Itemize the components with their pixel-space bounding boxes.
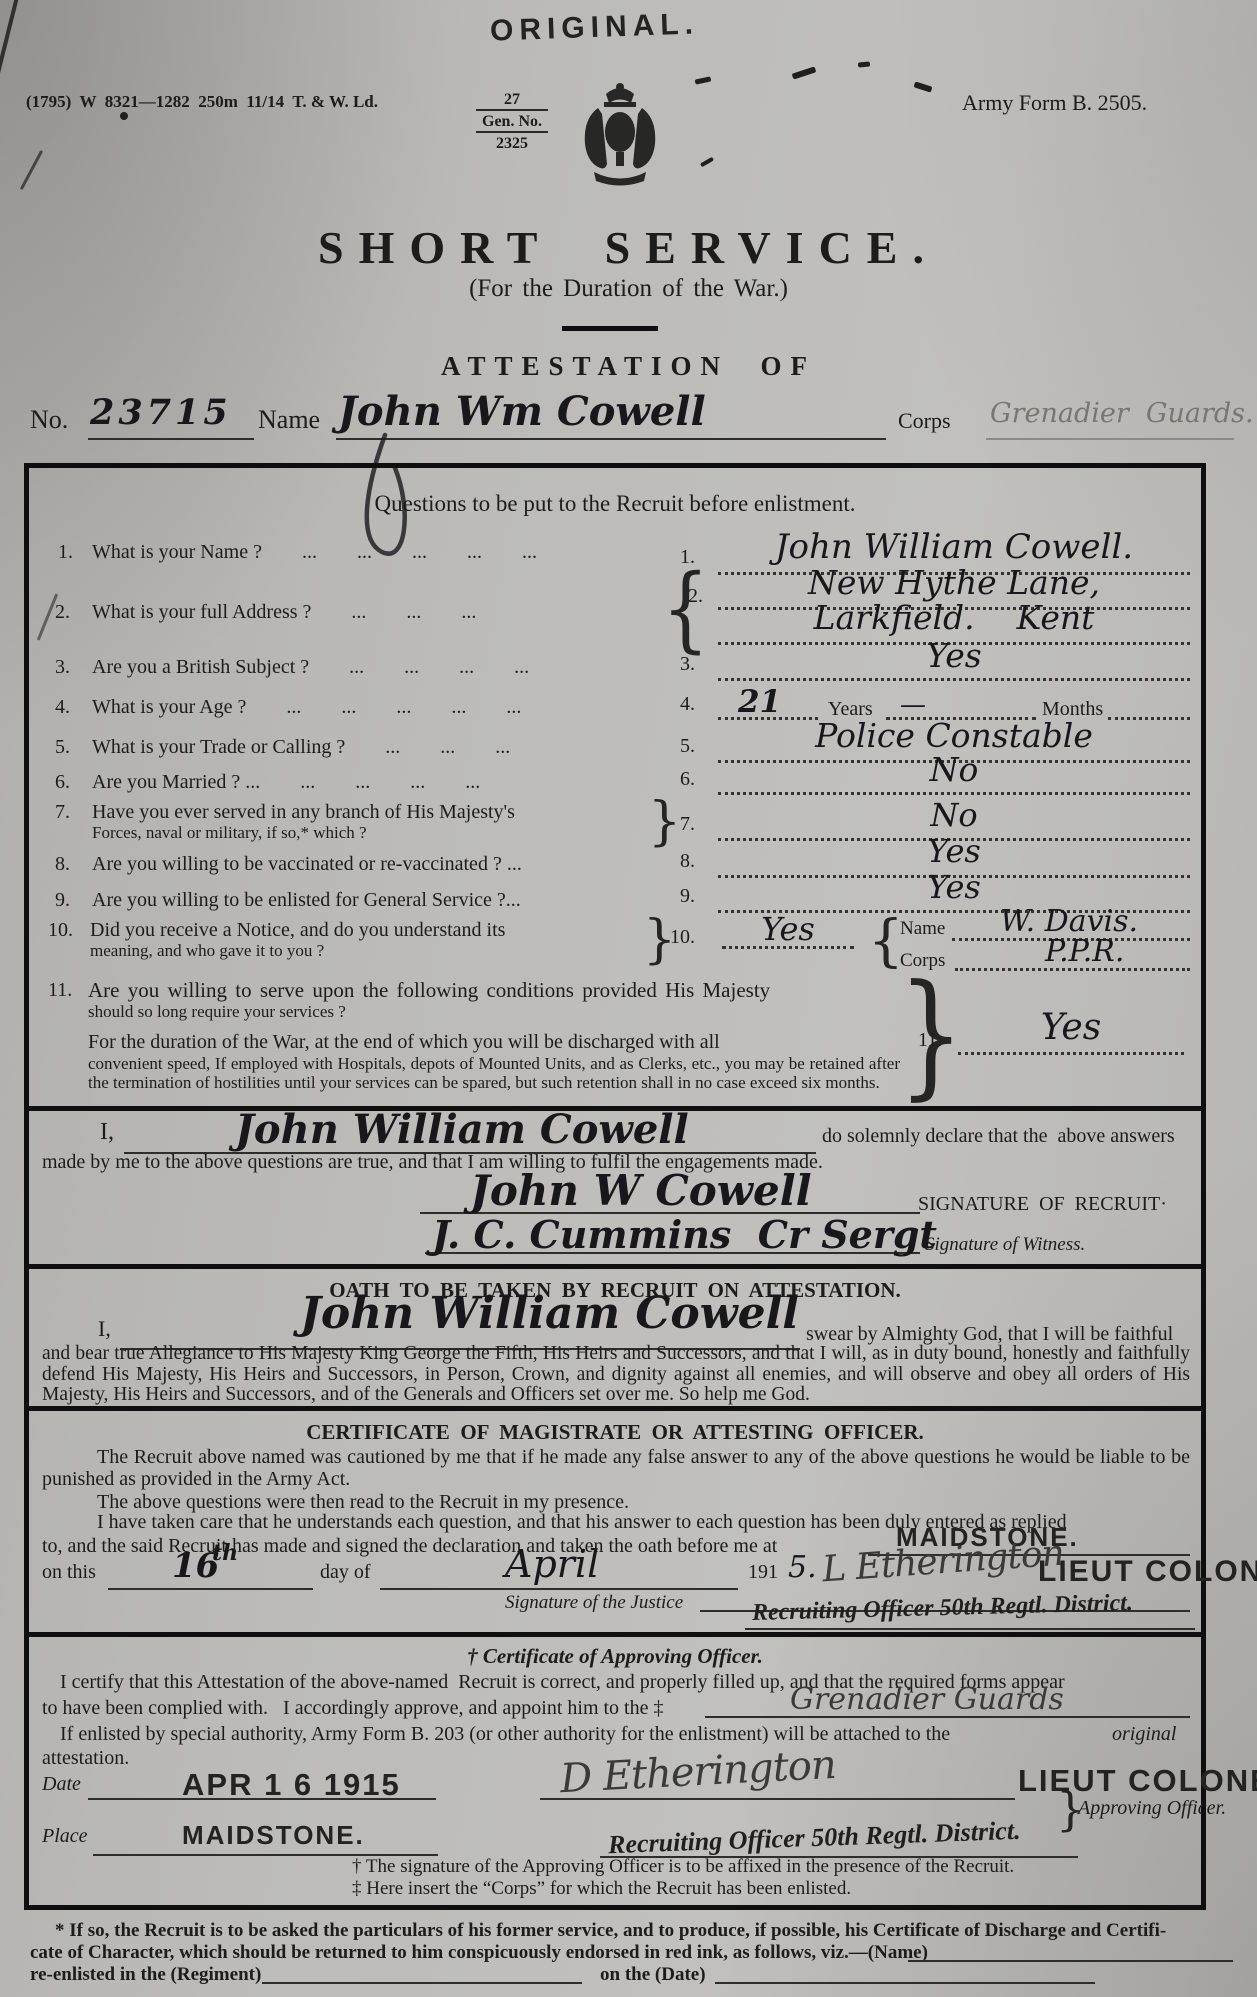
condition-text-small: convenient speed, If employed with Hospi… [88,1054,900,1092]
certificate-para1: The Recruit above named was cautioned by… [42,1446,1190,1490]
question-number: 10. [48,918,73,942]
ruled-line [745,1628,1195,1630]
place-label: Place [42,1824,88,1848]
answer-number: 6. [680,767,695,791]
section-divider [24,1264,1206,1269]
answer-number: 2. [688,584,703,608]
lieut-colonel-stamp: LIEUT COLONEL. [1038,1554,1257,1590]
answer-handwritten: No [718,750,1190,790]
appointed-corps-handwritten: Grenadier Guards [790,1682,1064,1718]
ink-speck [695,76,712,84]
declaration-lead: do solemnly declare that the above answe… [822,1124,1175,1148]
date-label: Date [42,1772,81,1796]
oath-name-handwritten: John William Cowell [300,1288,799,1341]
no-label: No. [30,404,68,435]
question-number: 7. [55,800,70,824]
recruit-signature-label: SIGNATURE OF RECRUIT· [918,1192,1167,1216]
question-text: Are you a British Subject ? ... ... ... … [92,655,529,679]
answer-number: 7. [680,812,695,836]
answer-dotted-line [958,1052,1184,1055]
answer-dotted-line [718,678,1190,681]
pen-stroke [0,0,20,89]
ink-speck [914,81,933,92]
answer-number: 5. [680,734,695,758]
ink-speck [792,66,817,79]
recruit-signature: John W Cowell [470,1166,812,1216]
ink-speck [700,157,714,167]
ink-speck [120,112,128,120]
ruled-line [908,1960,1233,1962]
footnote-asterisk-line1: * If so, the Recruit is to be asked the … [55,1920,1166,1943]
brace: { [662,563,709,656]
corps-value-handwritten: Grenadier Guards. [990,398,1254,430]
attestation-form-page: ORIGINAL. (1795) W 8321—1282 250m 11/14 … [0,0,1257,1997]
answer-number: 10. [670,925,695,949]
question-text: What is your Age ? ... ... ... ... ... [92,695,521,719]
certificate-para3-line2: to, and the said Recruit has made and si… [42,1534,777,1558]
notice-name-label: Name [900,918,945,941]
oath-i-label: I, [98,1316,111,1342]
question-text: Are you willing to be vaccinated or re-v… [92,852,522,876]
answer-handwritten: Yes [718,832,1190,870]
question-number: 2. [55,600,70,624]
answer-number: 8. [680,849,695,873]
on-this-label: on this [42,1560,96,1584]
gen-no-top: 27 [476,90,548,111]
answer-handwritten: New Hythe Lane, [718,563,1190,603]
approving-para2-italic: original [1112,1722,1176,1746]
pen-stroke [20,150,43,190]
question-text: Are you willing to serve upon the follow… [88,978,770,1003]
page-title: SHORT SERVICE. [0,220,1257,275]
questions-heading: Questions to be put to the Recruit befor… [24,490,1206,518]
original-stamp: ORIGINAL. [489,6,699,49]
question-text: What is your Trade or Calling ? ... ... … [92,735,510,759]
question-number: 5. [55,735,70,759]
footnote-double-dagger: ‡ Here insert the “Corps” for which the … [352,1878,851,1901]
condition-text: For the duration of the War, at the end … [88,1030,720,1054]
answer-number: 11. [918,1028,942,1052]
year-prefix: 191 [748,1560,778,1584]
oath-body: and bear true Allegiance to His Majesty … [42,1344,1190,1406]
answer-handwritten: John William Cowell. [718,527,1190,568]
service-number-handwritten: 23715 [90,392,232,434]
form-reference: Army Form B. 2505. [962,90,1147,116]
ruled-line [715,1982,1095,1984]
name-label: Name [258,404,320,435]
brace: } [648,796,681,848]
footnote-dagger: † The signature of the Approving Officer… [352,1856,1014,1879]
answer-handwritten: Yes [722,910,854,948]
question-text: What is your full Address ? ... ... ... [92,600,476,624]
answer-handwritten: Yes [718,868,1190,906]
month-handwritten: April [505,1542,599,1588]
section-divider [24,1406,1206,1411]
answer-handwritten: No [718,796,1190,834]
notice-corps-handwritten: P.P.R. [1045,934,1124,970]
ruled-line [380,1588,738,1590]
page-subtitle: (For the Duration of the War.) [0,274,1257,304]
question-number: 4. [55,695,70,719]
question-text: Have you ever served in any branch of Hi… [92,800,515,824]
attestation-heading: ATTESTATION OF [0,350,1257,382]
answer-number: 3. [680,652,695,676]
certificate-heading: CERTIFICATE OF MAGISTRATE OR ATTESTING O… [24,1420,1206,1445]
recruit-name-handwritten: John Wm Cowell [338,388,706,436]
question-text-cont: meaning, and who gave it to you ? [90,941,324,961]
question-text: Are you Married ? ... ... ... ... ... [92,770,480,794]
gen-no-value: 2325 [476,134,548,153]
witness-signature-label: Signature of Witness. [925,1234,1085,1257]
ink-speck [858,61,870,67]
question-number: 6. [55,770,70,794]
ruled-line [88,438,254,440]
question-text: Did you receive a Notice, and do you und… [90,918,505,942]
printer-code: (1795) W 8321—1282 250m 11/14 T. & W. Ld… [26,92,378,112]
approving-para2-end: attestation. [42,1746,129,1770]
answer-handwritten: Yes [958,1006,1184,1049]
footnote-asterisk-line3a: re-enlisted in the (Regiment) [30,1964,261,1987]
year-handwritten: 5. [788,1550,817,1586]
question-text-cont: Forces, naval or military, if so,* which… [92,823,367,843]
question-number: 11. [48,978,72,1002]
answer-handwritten: Yes [718,636,1190,676]
corps-label: Corps [898,408,951,434]
royal-crest-icon [570,80,670,190]
question-number: 1. [58,540,73,564]
question-number: 8. [55,852,70,876]
day-of-label: day of [320,1560,371,1584]
question-number: 9. [55,888,70,912]
answer-number: 9. [680,884,695,908]
declaration-i-label: I, [100,1118,114,1147]
question-text-cont: should so long require your services ? [88,1002,346,1022]
ruled-line [108,1588,313,1590]
date-stamp: APR 1 6 1915 [182,1766,401,1803]
question-number: 3. [55,655,70,679]
approving-para1-line2: to have been complied with. I accordingl… [42,1696,664,1720]
declaration-name-handwritten: John William Cowell [235,1106,689,1154]
question-text: Are you willing to be enlisted for Gener… [92,888,521,912]
approving-heading: † Certificate of Approving Officer. [24,1644,1206,1669]
day-suffix-handwritten: th [212,1540,238,1566]
justice-signature-label: Signature of the Justice [505,1592,683,1615]
gen-no-label: Gen. No. [476,112,548,133]
title-rule [562,326,658,331]
footnote-asterisk-line3b: on the (Date) [600,1964,706,1987]
answer-number: 4. [680,692,695,716]
lieut-colonel-stamp: LIEUT COLONEL [1018,1762,1257,1799]
footnote-asterisk-line2: cate of Character, which should be retur… [30,1942,928,1965]
answer-dotted-line [718,792,1190,795]
witness-signature: J. C. Cummins Cr Sergt [432,1212,937,1258]
ruled-line [540,1798,1015,1800]
ruled-line [986,438,1234,440]
approving-officer-label: Approving Officer. [1078,1796,1226,1820]
section-divider [24,1632,1206,1637]
ruled-line [262,1982,582,1984]
question-text: What is your Name ? ... ... ... ... ... [92,540,537,564]
place-stamp: MAIDSTONE. [182,1820,365,1851]
answer-handwritten: Larkfield. Kent [718,598,1190,638]
